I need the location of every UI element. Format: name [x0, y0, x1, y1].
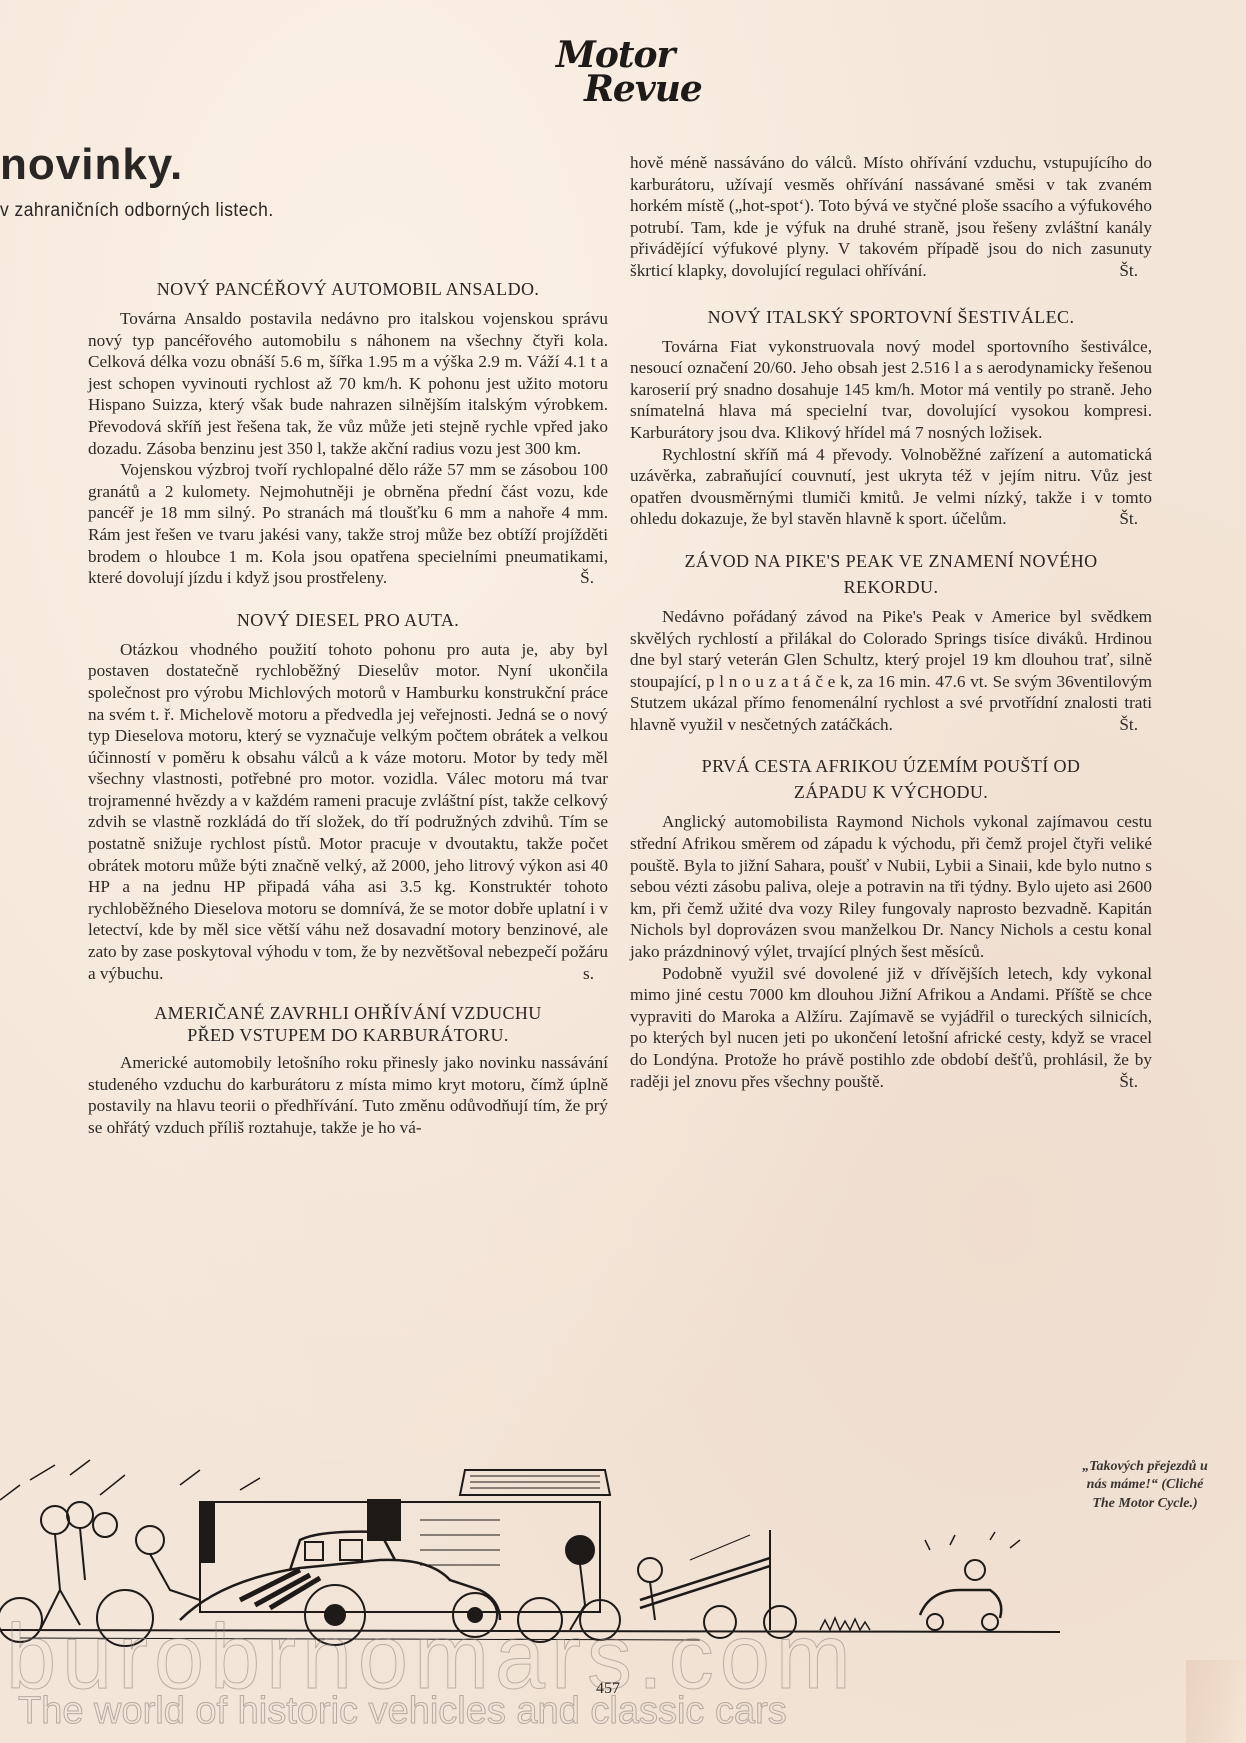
article-paragraph: Otázkou vhodného použití tohoto pohonu p…	[88, 639, 608, 985]
article-carburetor-continued: hově méně nassáváno do válců. Místo ohří…	[630, 152, 1152, 282]
headline-fiat: NOVÝ ITALSKÝ SPORTOVNÍ ŠESTIVÁLEC.	[630, 304, 1152, 330]
right-column: hově méně nassáváno do válců. Místo ohří…	[630, 152, 1152, 1110]
headline-africa: PRVÁ CESTA AFRIKOU ÚZEMÍM POUŠTÍ OD ZÁPA…	[630, 753, 1152, 805]
headline-carburetor: AMERIČANÉ ZAVRHLI OHŘÍVÁNÍ VZDUCHU PŘED …	[88, 1002, 608, 1046]
article-diesel: NOVÝ DIESEL PRO AUTA. Otázkou vhodného p…	[88, 607, 608, 985]
signature: Št.	[1087, 714, 1138, 736]
article-pikes-peak: ZÁVOD NA PIKE'S PEAK VE ZNAMENÍ NOVÉHO R…	[630, 548, 1152, 736]
masthead-line2: Revue	[556, 72, 696, 106]
signature: Š.	[548, 567, 594, 589]
article-africa: PRVÁ CESTA AFRIKOU ÚZEMÍM POUŠTÍ OD ZÁPA…	[630, 753, 1152, 1092]
article-paragraph: Anglický automobilista Raymond Nichols v…	[630, 811, 1152, 962]
headline-pikes-peak: ZÁVOD NA PIKE'S PEAK VE ZNAMENÍ NOVÉHO R…	[630, 548, 1152, 600]
article-carburetor: AMERIČANÉ ZAVRHLI OHŘÍVÁNÍ VZDUCHU PŘED …	[88, 1002, 608, 1138]
article-paragraph: Americké automobily letošního roku přine…	[88, 1052, 608, 1138]
article-paragraph: Vojenskou výzbroj tvoří rychlopalné dělo…	[88, 459, 608, 589]
left-column: NOVÝ PANCÉŘOVÝ AUTOMOBIL ANSALDO. Továrn…	[88, 276, 608, 1157]
section-subtitle: v zahraničních odborných listech.	[0, 200, 274, 222]
article-paragraph: Rychlostní skříň má 4 převody. Volnoběžn…	[630, 444, 1152, 530]
page-edge	[1186, 1660, 1246, 1743]
headline-diesel: NOVÝ DIESEL PRO AUTA.	[88, 607, 608, 633]
signature: Št.	[1087, 508, 1138, 530]
article-fiat: NOVÝ ITALSKÝ SPORTOVNÍ ŠESTIVÁLEC. Továr…	[630, 304, 1152, 530]
cartoon-caption: „Takových přejezdů u nás máme!“ (Cliché …	[1080, 1458, 1210, 1513]
signature: Št.	[1087, 1071, 1138, 1093]
article-paragraph: Podobně využil své dovolené již v dřívěj…	[630, 963, 1152, 1093]
article-paragraph: Nedávno pořádaný závod na Pike's Peak v …	[630, 606, 1152, 736]
article-paragraph: hově méně nassáváno do válců. Místo ohří…	[630, 152, 1152, 282]
article-paragraph: Továrna Ansaldo postavila nedávno pro it…	[88, 308, 608, 459]
signature: s.	[551, 963, 594, 985]
article-paragraph: Továrna Fiat vykonstruovala nový model s…	[630, 336, 1152, 444]
masthead-logo: Motor Revue	[556, 38, 696, 106]
watermark-tagline: The world of historic vehicles and class…	[18, 1690, 787, 1733]
headline-ansaldo: NOVÝ PANCÉŘOVÝ AUTOMOBIL ANSALDO.	[88, 276, 608, 302]
article-ansaldo: NOVÝ PANCÉŘOVÝ AUTOMOBIL ANSALDO. Továrn…	[88, 276, 608, 589]
masthead-line1: Motor	[556, 38, 696, 72]
section-title: novinky.	[0, 140, 183, 190]
signature: Št.	[1119, 260, 1138, 282]
